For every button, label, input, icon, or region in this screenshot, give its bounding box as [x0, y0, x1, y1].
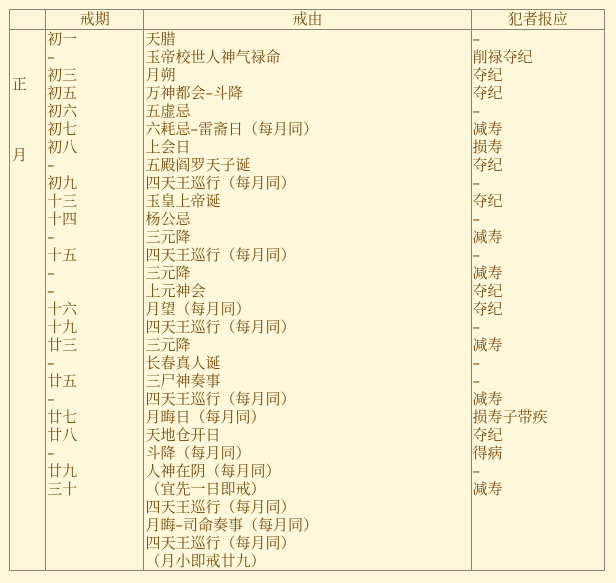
date-item: 初九 [47, 174, 143, 192]
date-item: 初三 [47, 66, 143, 84]
penalty-item: 减寿 [473, 120, 604, 138]
penalty-item: – [473, 318, 604, 336]
header-month [10, 10, 46, 30]
date-item: 十三 [47, 192, 143, 210]
penalty-item [473, 516, 604, 534]
penalty-item: 减寿 [473, 228, 604, 246]
penalty-item: 夺纪 [473, 300, 604, 318]
penalty-item: 损寿 [473, 138, 604, 156]
header-reason: 戒由 [144, 10, 471, 30]
date-item: – [47, 48, 143, 66]
penalty-item: 得病 [473, 444, 604, 462]
date-item: 初八 [47, 138, 143, 156]
penalty-item: 损寿子带疾 [473, 408, 604, 426]
date-item: – [47, 444, 143, 462]
reason-item: 月晦日（每月同） [145, 408, 470, 426]
reason-item: 万神都会–斗降 [145, 84, 470, 102]
month-cell: 正 月 [10, 30, 46, 571]
reason-item: 三元降 [145, 228, 470, 246]
date-item: 廿五 [47, 372, 143, 390]
date-item: – [47, 282, 143, 300]
reason-item: 五殿阎罗天子诞 [145, 156, 470, 174]
penalty-item [473, 552, 604, 570]
date-item: 廿八 [47, 426, 143, 444]
date-item: – [47, 264, 143, 282]
penalty-item: – [473, 174, 604, 192]
reason-item: 三尸神奏事 [145, 372, 470, 390]
precepts-table: 戒期 戒由 犯者报应 正 月 初一–初三初五初六初七初八–初九十三十四–十五––… [9, 9, 605, 571]
header-date: 戒期 [46, 10, 144, 30]
penalty-item: 夺纪 [473, 84, 604, 102]
reason-item: 四天王巡行（每月同） [145, 246, 470, 264]
penalty-list: –削禄夺纪夺纪夺纪–减寿损寿夺纪–夺纪–减寿–减寿夺纪夺纪–减寿––减寿损寿子带… [472, 30, 604, 570]
reason-item: 六耗忌–雷斋日（每月同） [145, 120, 470, 138]
reason-item: 上会日 [145, 138, 470, 156]
date-item: – [47, 390, 143, 408]
reason-item: 月晦–司命奏事（每月同） [145, 516, 470, 534]
date-item: 廿七 [47, 408, 143, 426]
reason-item: 天地仓开日 [145, 426, 470, 444]
reason-column: 天腊玉帝校世人神气禄命月朔万神都会–斗降五虚忌六耗忌–雷斋日（每月同）上会日五殿… [144, 30, 471, 571]
reason-item: 四天王巡行（每月同） [145, 390, 470, 408]
reason-item: 三元降 [145, 336, 470, 354]
reason-item: 玉帝校世人神气禄命 [145, 48, 470, 66]
date-item: 廿三 [47, 336, 143, 354]
reason-item: 上元神会 [145, 282, 470, 300]
reason-item: 月望（每月同） [145, 300, 470, 318]
date-column: 初一–初三初五初六初七初八–初九十三十四–十五––十六十九廿三–廿五–廿七廿八–… [46, 30, 144, 571]
month-char-2: 月 [12, 146, 27, 164]
reason-item: 玉皇上帝诞 [145, 192, 470, 210]
penalty-item: 夺纪 [473, 426, 604, 444]
reason-item: 四天王巡行（每月同） [145, 498, 470, 516]
penalty-item: – [473, 30, 604, 48]
date-item: – [47, 228, 143, 246]
penalty-item: – [473, 372, 604, 390]
penalty-item: 减寿 [473, 264, 604, 282]
penalty-item: – [473, 246, 604, 264]
date-item: 十五 [47, 246, 143, 264]
reason-item: 四天王巡行（每月同） [145, 534, 470, 552]
date-item [47, 516, 143, 534]
body-row: 正 月 初一–初三初五初六初七初八–初九十三十四–十五––十六十九廿三–廿五–廿… [10, 30, 605, 571]
date-item: 十九 [47, 318, 143, 336]
reason-item: 四天王巡行（每月同） [145, 174, 470, 192]
date-item: 初六 [47, 102, 143, 120]
month-char-1: 正 [12, 75, 27, 93]
penalty-item: 夺纪 [473, 156, 604, 174]
reason-item: 长春真人诞 [145, 354, 470, 372]
reason-item: （宜先一日即戒） [145, 480, 470, 498]
penalty-item: 减寿 [473, 336, 604, 354]
penalty-item: – [473, 354, 604, 372]
penalty-item [473, 498, 604, 516]
header-row: 戒期 戒由 犯者报应 [10, 10, 605, 30]
penalty-item [473, 534, 604, 552]
penalty-item: – [473, 102, 604, 120]
reason-item: 杨公忌 [145, 210, 470, 228]
reason-list: 天腊玉帝校世人神气禄命月朔万神都会–斗降五虚忌六耗忌–雷斋日（每月同）上会日五殿… [144, 30, 470, 570]
date-item: – [47, 156, 143, 174]
date-item [47, 534, 143, 552]
date-item [47, 552, 143, 570]
reason-item: 斗降（每月同） [145, 444, 470, 462]
reason-item: （月小即戒廿九） [145, 552, 470, 570]
date-item [47, 498, 143, 516]
penalty-item: – [473, 210, 604, 228]
date-item: 初一 [47, 30, 143, 48]
date-item: 十四 [47, 210, 143, 228]
date-list: 初一–初三初五初六初七初八–初九十三十四–十五––十六十九廿三–廿五–廿七廿八–… [46, 30, 143, 570]
date-item: 初五 [47, 84, 143, 102]
penalty-item: 减寿 [473, 390, 604, 408]
date-item: 初七 [47, 120, 143, 138]
date-item: 三十 [47, 480, 143, 498]
penalty-item: 削禄夺纪 [473, 48, 604, 66]
reason-item: 四天王巡行（每月同） [145, 318, 470, 336]
reason-item: 人神在阴（每月同） [145, 462, 470, 480]
reason-item: 五虚忌 [145, 102, 470, 120]
date-item: – [47, 354, 143, 372]
penalty-column: –削禄夺纪夺纪夺纪–减寿损寿夺纪–夺纪–减寿–减寿夺纪夺纪–减寿––减寿损寿子带… [471, 30, 604, 571]
penalty-item: – [473, 462, 604, 480]
reason-item: 天腊 [145, 30, 470, 48]
header-penalty: 犯者报应 [471, 10, 604, 30]
reason-item: 月朔 [145, 66, 470, 84]
date-item: 十六 [47, 300, 143, 318]
date-item: 廿九 [47, 462, 143, 480]
penalty-item: 减寿 [473, 480, 604, 498]
penalty-item: 夺纪 [473, 192, 604, 210]
reason-item: 三元降 [145, 264, 470, 282]
penalty-item: 夺纪 [473, 66, 604, 84]
penalty-item: 夺纪 [473, 282, 604, 300]
